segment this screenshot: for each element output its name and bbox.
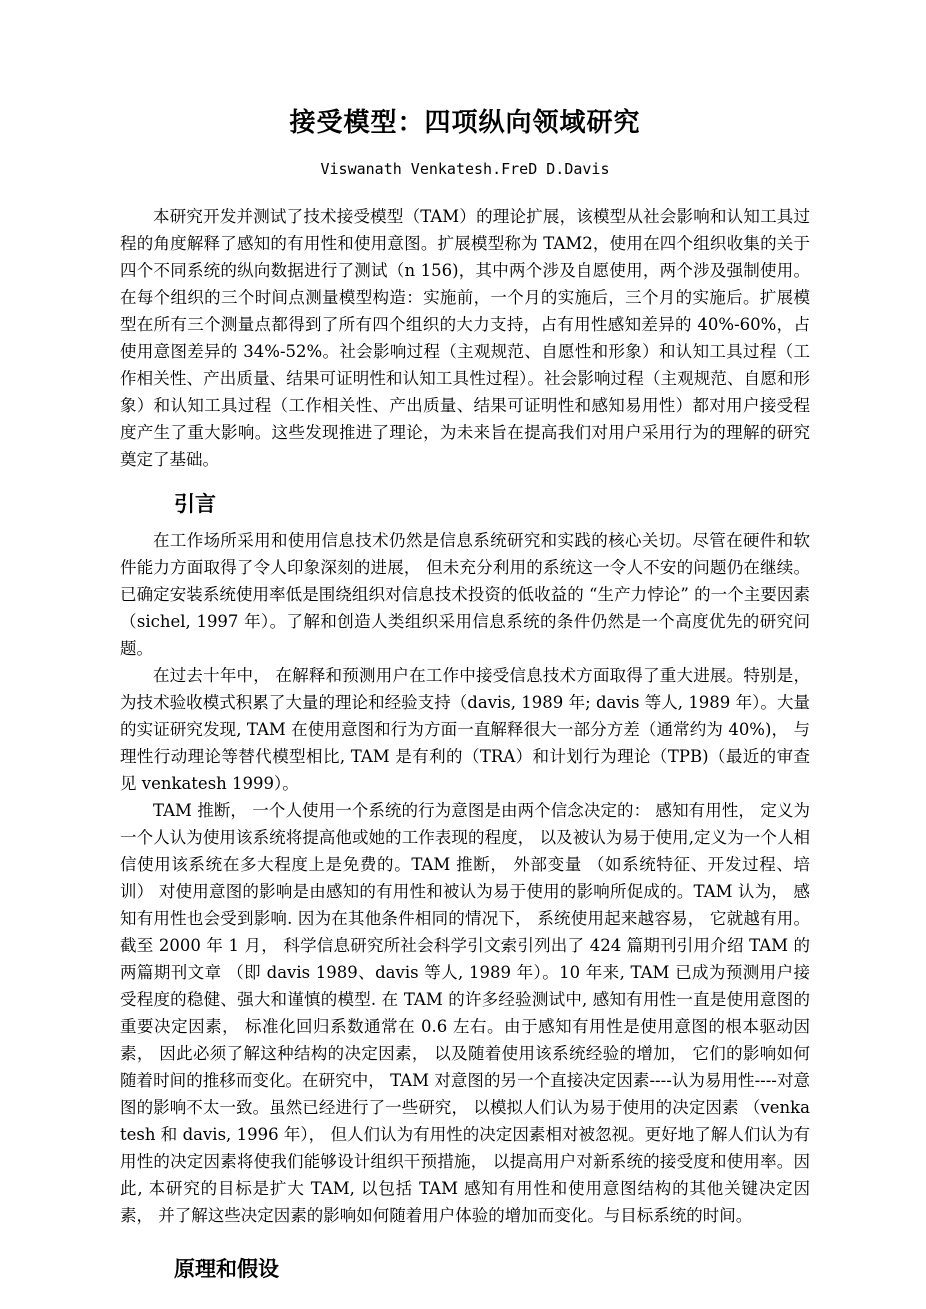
document-page: 接受模型：四项纵向领域研究 Viswanath Venkatesh.FreD D…: [0, 0, 926, 1309]
abstract-paragraph: 本研究开发并测试了技术接受模型（TAM）的理论扩展，该模型从社会影响和认知工具过…: [120, 203, 810, 473]
section-heading-rationale-and-hypotheses: 原理和假设: [174, 1255, 810, 1283]
section-heading-introduction: 引言: [174, 490, 810, 518]
introduction-paragraph-3: TAM 推断， 一个人使用一个系统的行为意图是由两个信念决定的： 感知有用性， …: [120, 797, 810, 1229]
introduction-paragraph-1: 在工作场所采用和使用信息技术仍然是信息系统研究和实践的核心关切。尽管在硬件和软件…: [120, 527, 810, 662]
page-title: 接受模型：四项纵向领域研究: [120, 106, 810, 140]
introduction-paragraph-2: 在过去十年中， 在解释和预测用户在工作中接受信息技术方面取得了重大进展。特别是，…: [120, 662, 810, 797]
authors-line: Viswanath Venkatesh.FreD D.Davis: [120, 160, 810, 178]
